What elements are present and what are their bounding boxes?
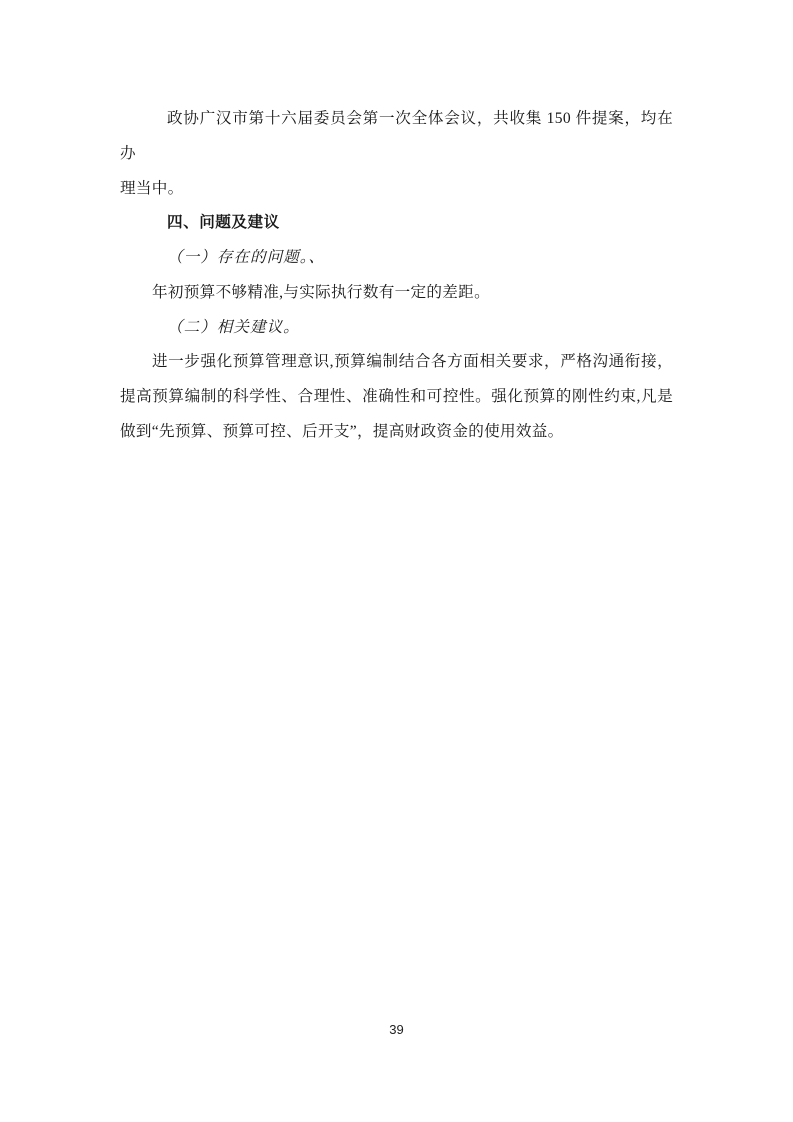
subsection-heading: （二）相关建议。 bbox=[120, 311, 673, 346]
paragraph-line: 政协广汉市第十六届委员会第一次全体会议，共收集 150 件提案，均在办 bbox=[120, 102, 673, 172]
paragraph-line: 做到“先预算、预算可控、后开支”，提高财政资金的使用效益。 bbox=[120, 415, 673, 450]
paragraph-line: 年初预算不够精准,与实际执行数有一定的差距。 bbox=[120, 276, 673, 311]
page-number: 39 bbox=[0, 1022, 793, 1037]
paragraph-line: 理当中。 bbox=[120, 172, 673, 207]
paragraph-line: 进一步强化预算管理意识,预算编制结合各方面相关要求，严格沟通衔接， bbox=[120, 345, 673, 380]
document-page: 政协广汉市第十六届委员会第一次全体会议，共收集 150 件提案，均在办 理当中。… bbox=[0, 0, 793, 1122]
subsection-heading: （一）存在的问题。、 bbox=[120, 241, 673, 276]
paragraph-line: 提高预算编制的科学性、合理性、准确性和可控性。强化预算的刚性约束,凡是 bbox=[120, 380, 673, 415]
document-body: 政协广汉市第十六届委员会第一次全体会议，共收集 150 件提案，均在办 理当中。… bbox=[120, 102, 673, 450]
section-heading: 四、问题及建议 bbox=[120, 206, 673, 241]
